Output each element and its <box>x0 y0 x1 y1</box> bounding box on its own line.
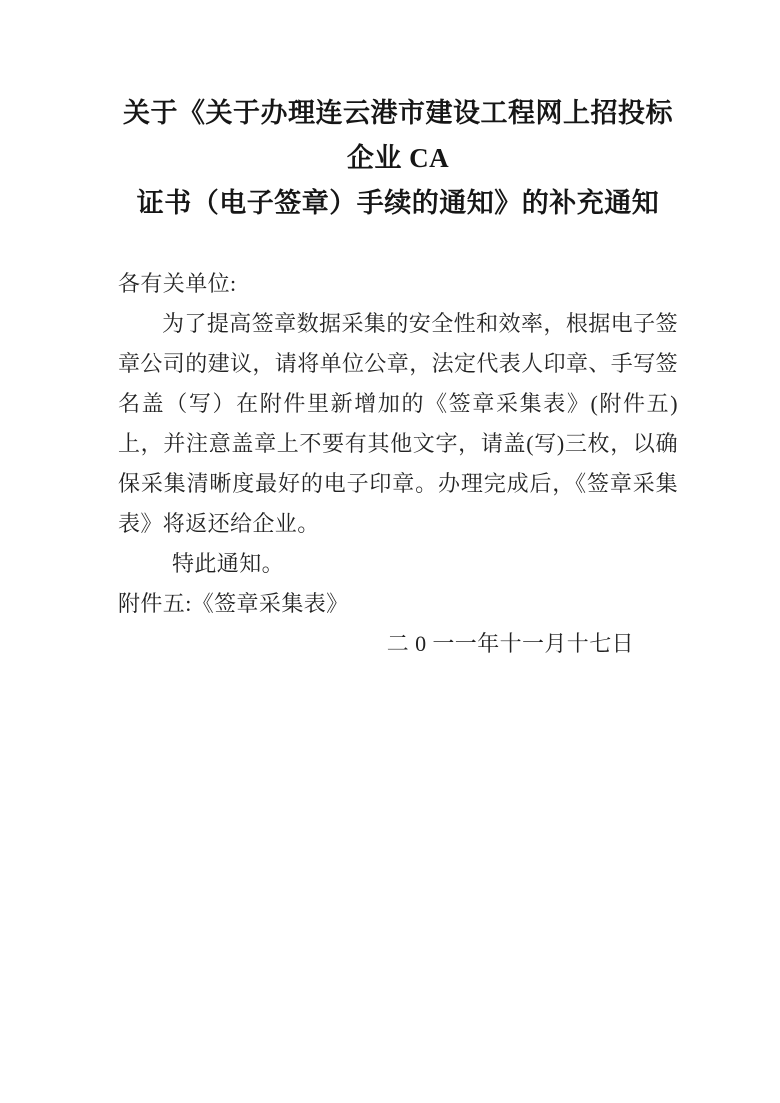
body-paragraph: 为了提高签章数据采集的安全性和效率，根据电子签章公司的建议，请将单位公章，法定代… <box>118 304 678 544</box>
document-title-line-2: 证书（电子签章）手续的通知》的补充通知 <box>118 181 678 226</box>
attachment-note: 附件五:《签章采集表》 <box>118 584 678 624</box>
scanned-notice-page: 关于《关于办理连云港市建设工程网上招投标企业 CA 证书（电子签章）手续的通知》… <box>0 0 780 1103</box>
document-title: 关于《关于办理连云港市建设工程网上招投标企业 CA 证书（电子签章）手续的通知》… <box>118 91 678 226</box>
document-title-line-1: 关于《关于办理连云港市建设工程网上招投标企业 CA <box>118 91 678 181</box>
salutation-line: 各有关单位: <box>118 264 678 304</box>
closing-line: 特此通知。 <box>118 544 678 584</box>
date-line: 二 0 一一年十一月十七日 <box>118 624 678 664</box>
document-body: 各有关单位: 为了提高签章数据采集的安全性和效率，根据电子签章公司的建议，请将单… <box>118 264 678 664</box>
